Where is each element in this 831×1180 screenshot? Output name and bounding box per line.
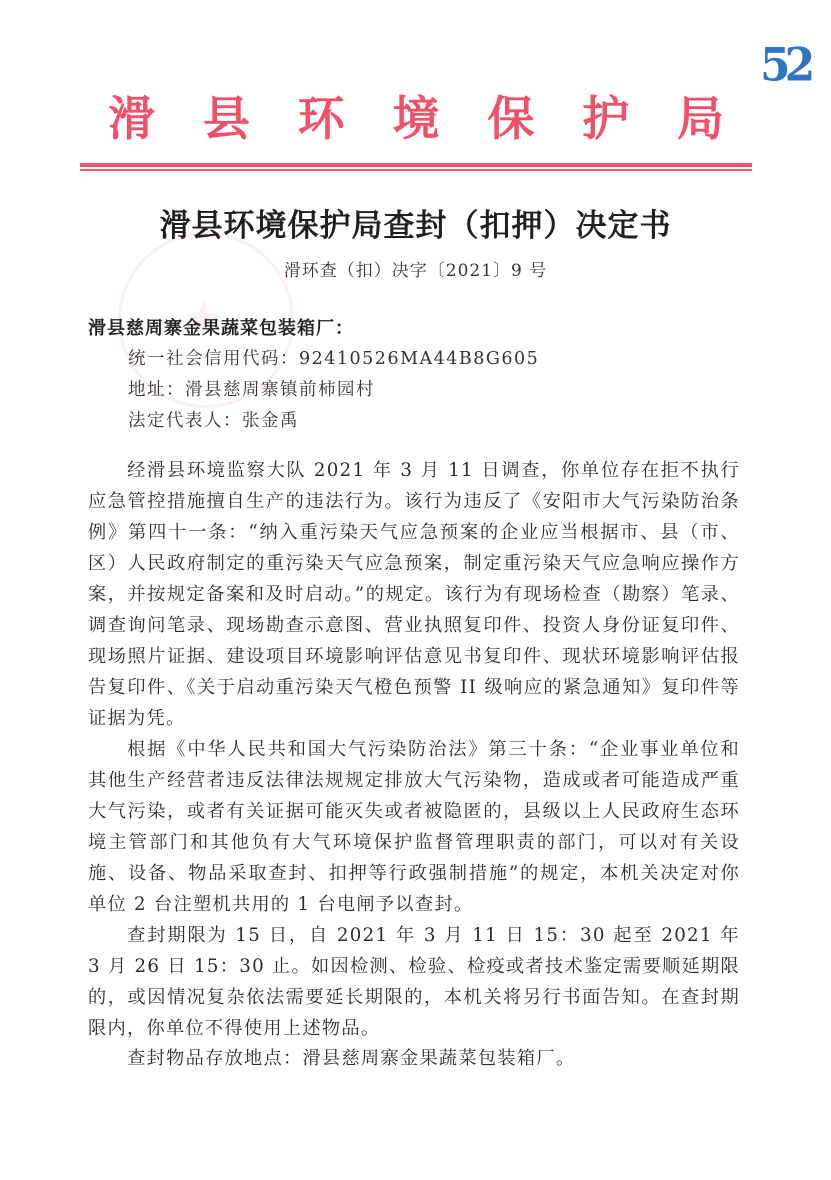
letterhead-char: 护 — [582, 88, 629, 152]
handwritten-page-number: 52 — [760, 39, 809, 93]
storage-location: 查封物品存放地点：滑县慈周寨金果蔬菜包装箱厂。 — [88, 1043, 740, 1074]
letterhead-org-name: 滑 县 环 境 保 护 局 — [80, 88, 752, 152]
letterhead-char: 保 — [487, 88, 534, 152]
body-paragraph-seal-period: 查封期限为 15 日，自 2021 年 3 月 11 日 15：30 起至 20… — [88, 920, 740, 1044]
letterhead-char: 境 — [392, 88, 439, 152]
credit-code-line: 统一社会信用代码：92410526MA44B8G605 — [128, 345, 539, 370]
recipient-name: 滑县慈周寨金果蔬菜包装箱厂： — [88, 314, 354, 340]
letterhead-char: 环 — [298, 88, 345, 152]
legal-representative-line: 法定代表人：张金禹 — [128, 407, 299, 432]
address-line: 地址：滑县慈周寨镇前柿园村 — [128, 376, 375, 401]
letterhead-char: 滑 — [108, 88, 155, 152]
document-title: 滑县环境保护局查封（扣押）决定书 — [0, 200, 831, 245]
document-body: 经滑县环境监察大队 2021 年 3 月 11 日调查，你单位存在拒不执行应急管… — [88, 455, 740, 1044]
letterhead-rule-thin — [80, 169, 752, 171]
letterhead-char: 县 — [203, 88, 250, 152]
letterhead-rule-thick — [80, 163, 752, 167]
storage-location-block: 查封物品存放地点：滑县慈周寨金果蔬菜包装箱厂。 — [88, 1043, 740, 1074]
body-paragraph-findings: 经滑县环境监察大队 2021 年 3 月 11 日调查，你单位存在拒不执行应急管… — [88, 455, 740, 734]
letterhead-char: 局 — [677, 88, 724, 152]
body-paragraph-legal-basis: 根据《中华人民共和国大气污染防治法》第三十条：“企业事业单位和其他生产经营者违反… — [88, 734, 740, 920]
document-number: 滑环查（扣）决字〔2021〕9 号 — [0, 256, 831, 281]
